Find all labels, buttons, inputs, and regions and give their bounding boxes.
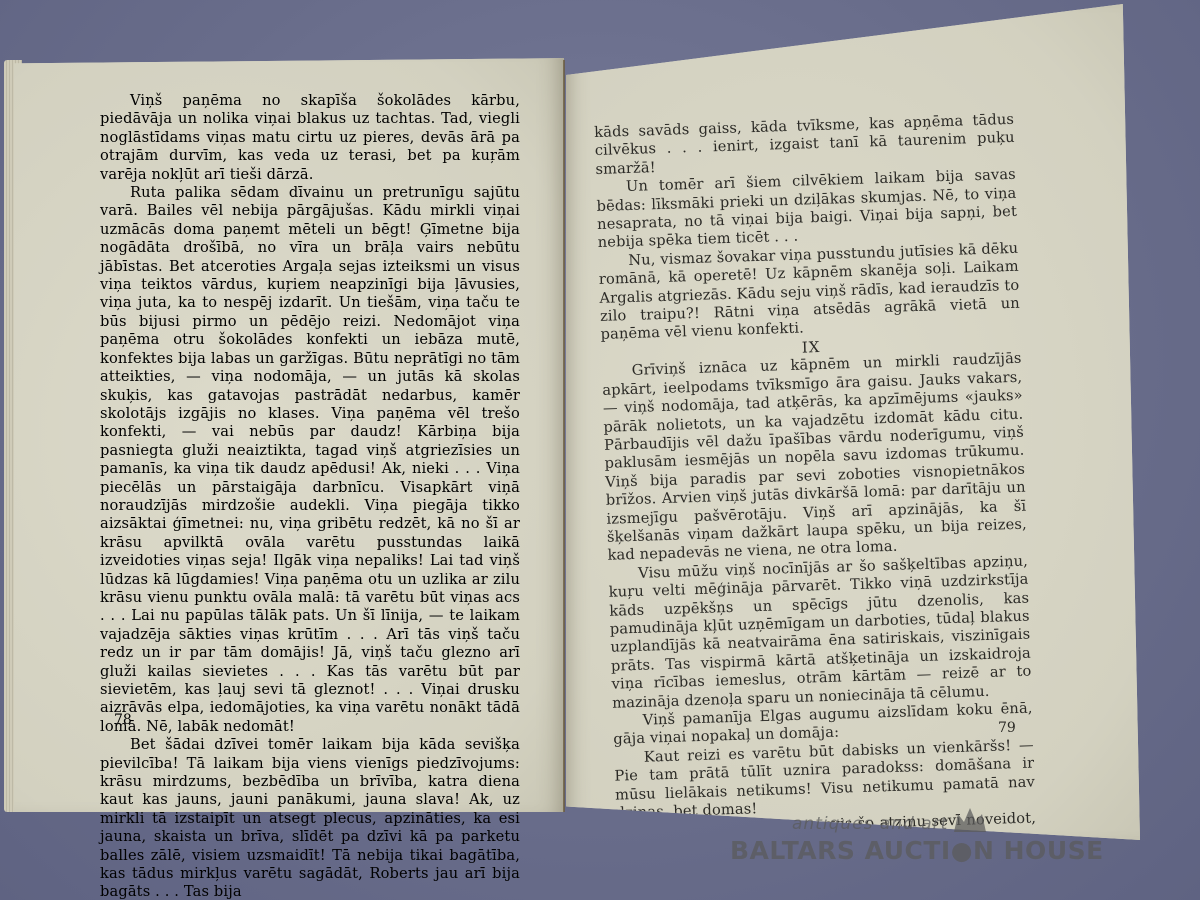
- book-gutter: [563, 60, 565, 812]
- paragraph: Viņš paņēma no skapīša šokolādes kārbu, …: [100, 92, 520, 184]
- paragraph: Ruta palika sēdam dīvainu un pretrunīgu …: [100, 184, 520, 736]
- paragraph: Kaut reizi es varētu būt dabisks un vien…: [614, 736, 1036, 823]
- paragraph: Visu mūžu viņš nocīnījās ar šo sašķeltīb…: [608, 552, 1032, 712]
- paragraph: Grīviņš iznāca uz kāpnēm un mirkli raudz…: [602, 350, 1028, 566]
- paragraph: Un tomēr arī šiem cilvēkiem laikam bija …: [596, 166, 1018, 253]
- paragraph: Un tiklīdz viņš bija paguvis šo atziņu s…: [616, 810, 1037, 860]
- watermark-title: BALTARS AUCTI●N HOUSE: [730, 836, 1104, 865]
- right-page: kāds savāds gaiss, kāda tvīksme, kas apņ…: [566, 4, 1140, 840]
- left-page-text: Viņš paņēma no skapīša šokolādes kārbu, …: [100, 92, 520, 900]
- paragraph: Nu, vismaz šovakar viņa pusstundu jutīsi…: [598, 240, 1021, 345]
- page-number-right: 79: [998, 720, 1016, 736]
- paragraph: Bet šādai dzīvei tomēr laikam bija kāda …: [100, 736, 520, 900]
- page-number-left: 78: [114, 712, 132, 728]
- right-page-text: kāds savāds gaiss, kāda tvīksme, kas apņ…: [594, 111, 1037, 860]
